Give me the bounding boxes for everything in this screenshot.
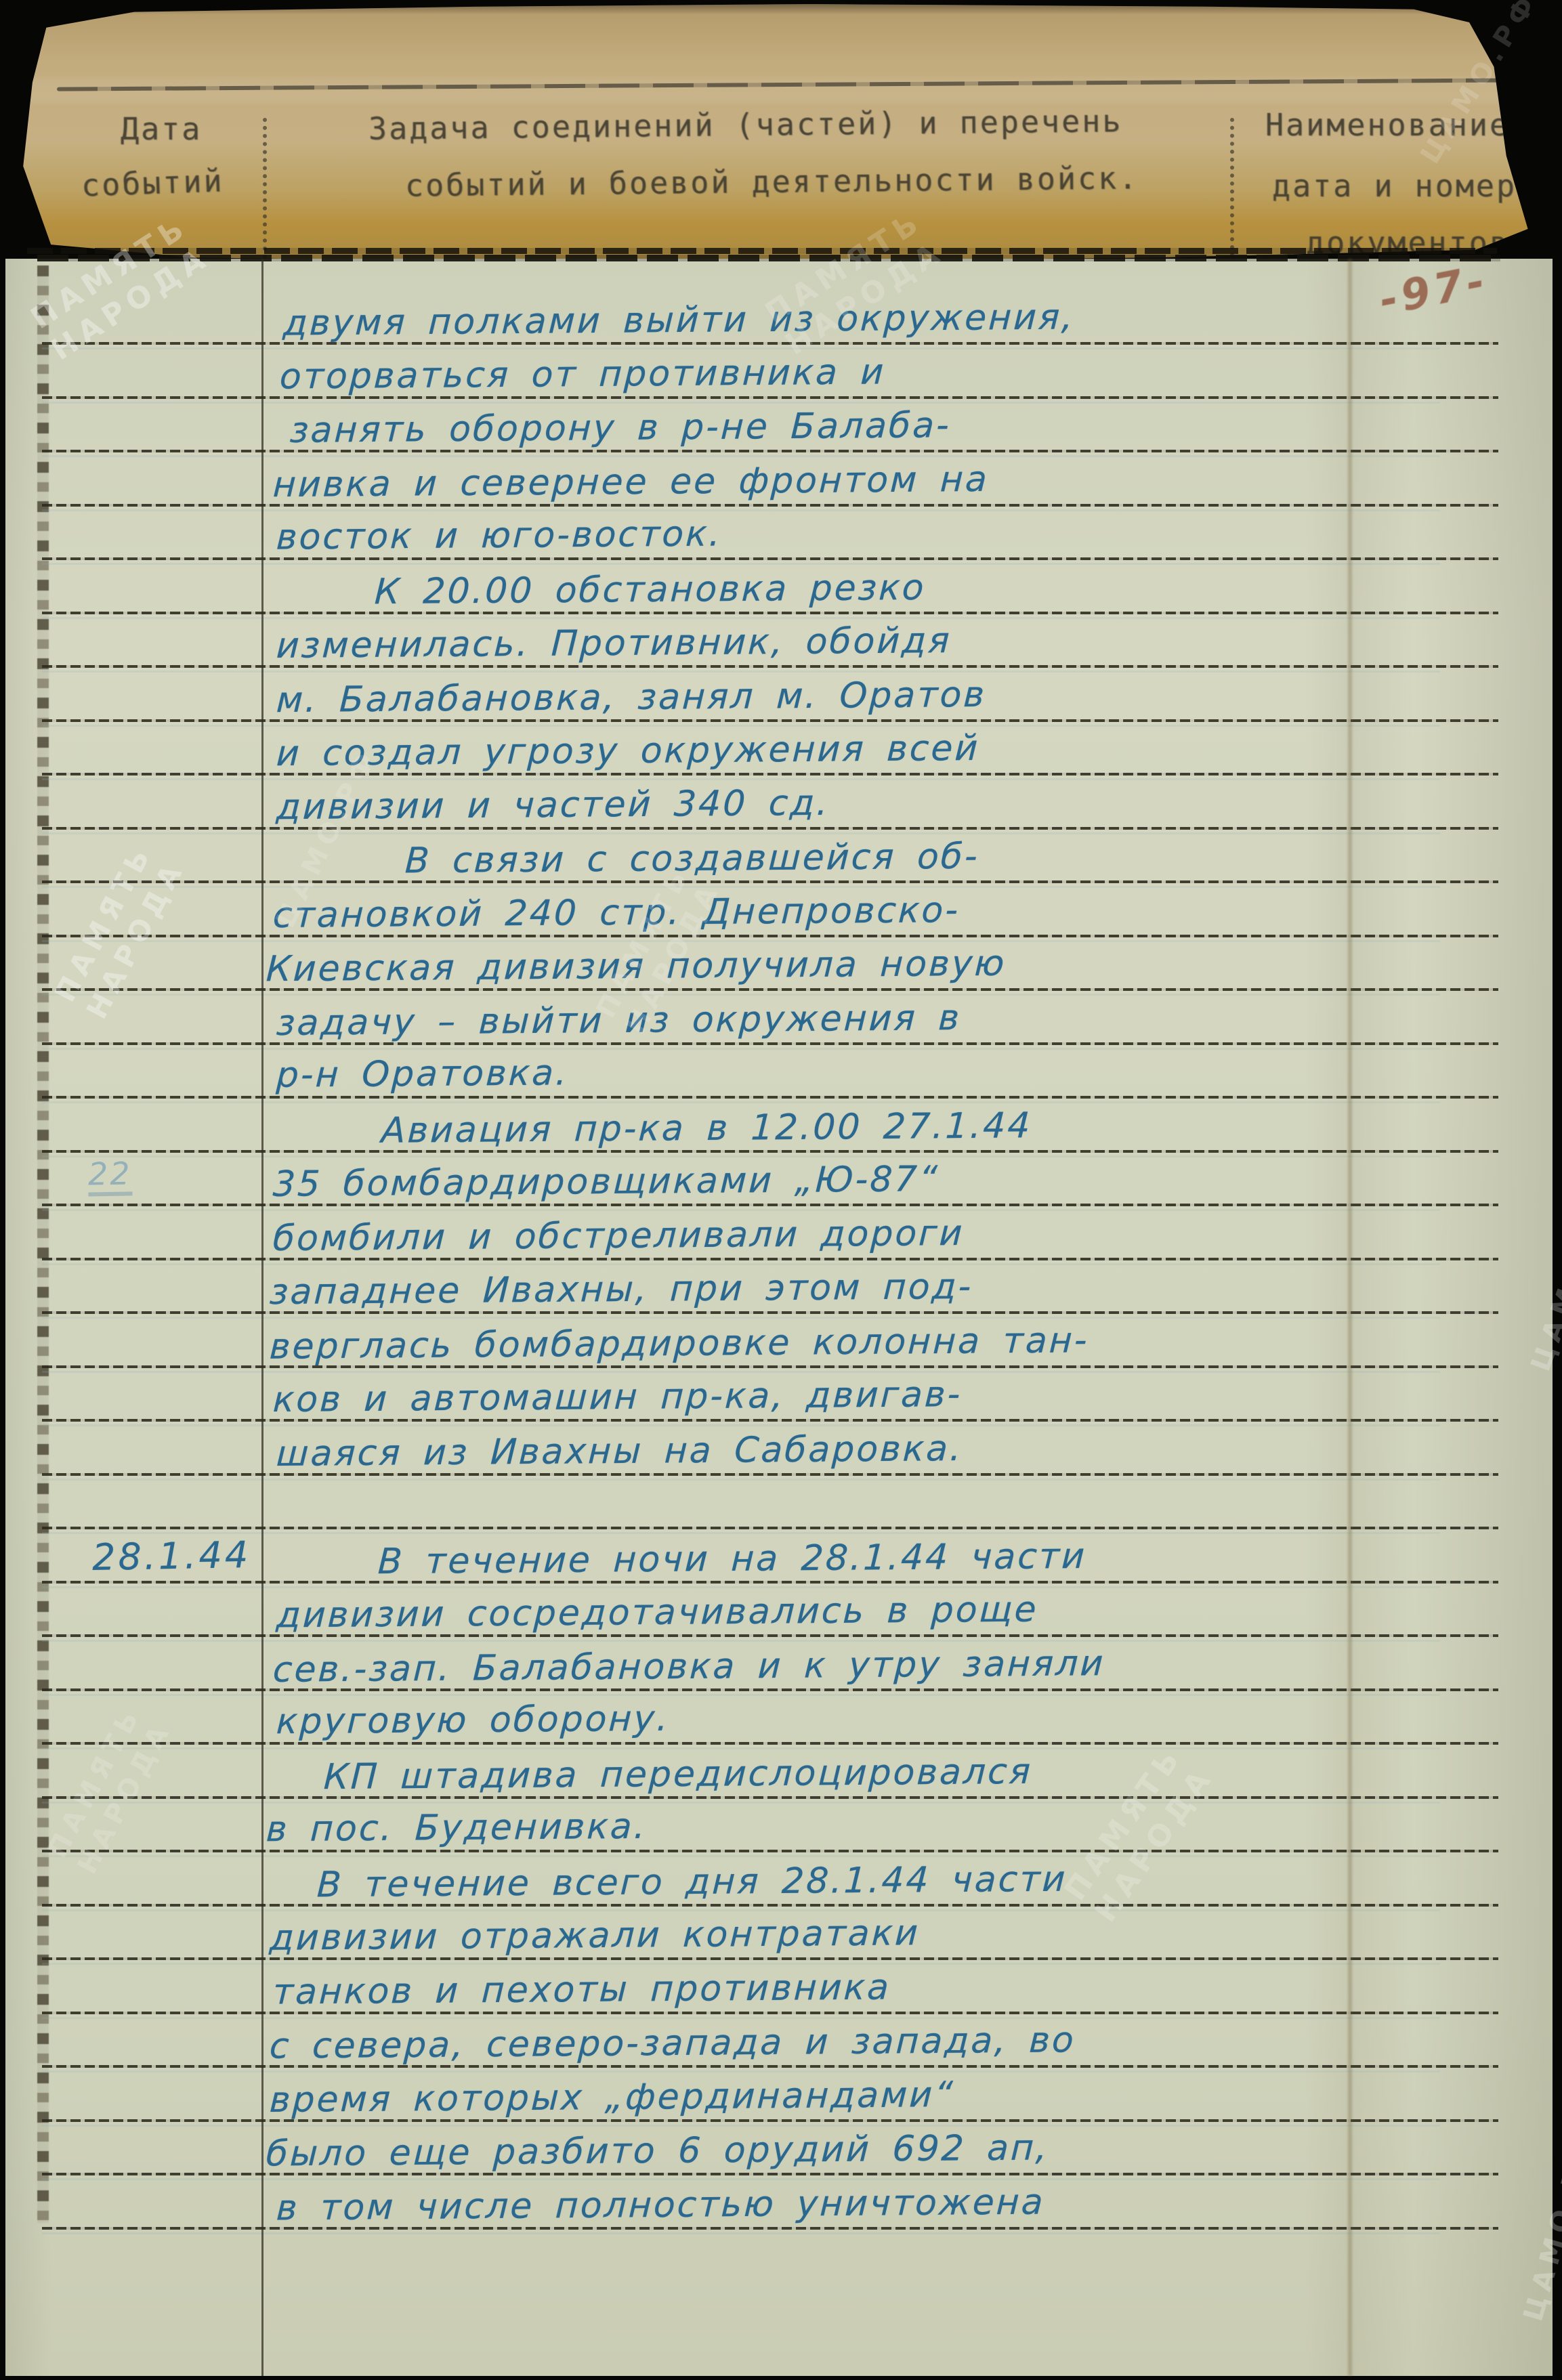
ruled-line xyxy=(42,935,1498,937)
manuscript-line: время которых „фердинандами“ xyxy=(269,2075,956,2121)
watermark-pamyat-naroda: ПАМЯТЬ НАРОДА xyxy=(47,837,192,1025)
ruled-line xyxy=(42,1311,1498,1314)
ruled-line xyxy=(42,1204,1498,1206)
manuscript-line: в том числе полностью уничтожена xyxy=(276,2182,1046,2228)
header-rule-line xyxy=(57,78,1521,91)
watermark-pamyat-naroda: ПАМЯТЬ НАРОДА xyxy=(41,1699,180,1879)
manuscript-line: было еще разбито 6 орудий 692 ап, xyxy=(266,2127,1050,2174)
watermark-tsamo: ЦАМО.РФ xyxy=(1517,2127,1562,2325)
manuscript-line: дивизии сосредотачивались в роще xyxy=(276,1590,1039,1636)
manuscript-line: с севера, северо-запада и запада, во xyxy=(269,2020,1076,2066)
manuscript-line: задачу – выйти из окружения в xyxy=(276,998,963,1044)
manuscript-line: В связи с создавшейся об- xyxy=(404,836,980,882)
ruled-line xyxy=(42,773,1498,775)
ruled-line xyxy=(42,880,1498,883)
manuscript-line: шаяся из Ивахны на Сабаровка. xyxy=(276,1428,964,1474)
ruled-line xyxy=(42,665,1498,668)
ruled-line xyxy=(42,1581,1498,1584)
ruled-line xyxy=(42,1365,1498,1368)
ruled-line xyxy=(42,1634,1498,1637)
ruled-line xyxy=(42,2119,1498,2122)
manuscript-line: верглась бомбардировке колонна тан- xyxy=(269,1320,1090,1367)
ruled-line xyxy=(42,1527,1498,1529)
manuscript-line: оторваться от противника и xyxy=(279,352,887,397)
ruled-line xyxy=(42,1042,1498,1045)
ruled-line xyxy=(42,1796,1498,1799)
page-fold-crease xyxy=(1348,259,1352,2376)
manuscript-line: 35 бомбардировщиками „Ю-87“ xyxy=(272,1159,940,1205)
manuscript-line: дивизии и частей 340 сд. xyxy=(276,782,831,827)
ruled-line xyxy=(42,396,1498,399)
document-scan: Дата событий Задача соединений (частей) … xyxy=(0,0,1562,2380)
ruled-line xyxy=(42,450,1498,452)
ruled-line xyxy=(42,1096,1498,1099)
header-strip-bottom-edge xyxy=(27,248,1497,254)
ruled-line xyxy=(42,1904,1498,1907)
ruled-line xyxy=(42,1850,1498,1852)
manuscript-line: К 20.00 обстановка резко xyxy=(374,567,927,612)
manuscript-line: изменилась. Противник, обойдя xyxy=(276,620,952,666)
manuscript-line: Авиация пр-ка в 12.00 27.1.44 xyxy=(381,1105,1033,1151)
ruled-line xyxy=(42,1742,1498,1745)
ruled-line xyxy=(42,1258,1498,1260)
ruled-line xyxy=(42,2012,1498,2014)
entry-date: 28.1.44 xyxy=(91,1533,251,1579)
ledger-page: -97- 22 28.1.44 двумя полками выйти из о… xyxy=(5,259,1553,2376)
header-col-doc-line2: дата и номер xyxy=(1272,168,1517,204)
manuscript-line: р-н Оратовка. xyxy=(276,1053,570,1095)
manuscript-line: Киевская дивизия получила новую xyxy=(266,943,1007,990)
manuscript-line: танков и пехоты противника xyxy=(272,1967,892,2012)
header-strip: Дата событий Задача соединений (частей) … xyxy=(11,4,1553,265)
ruled-line xyxy=(42,504,1498,507)
manuscript-line: КП штадива передислоцировался xyxy=(323,1751,1034,1797)
manuscript-line: восток и юго-восток. xyxy=(276,513,723,557)
manuscript-line: в пос. Буденивка. xyxy=(266,1806,648,1850)
manuscript-line: круговую оборону. xyxy=(276,1699,671,1743)
ruled-line xyxy=(42,1688,1498,1691)
margin-note: 22 xyxy=(87,1155,132,1196)
manuscript-line: и создал угрозу окружения всей xyxy=(276,728,981,774)
header-col-date-line1: Дата xyxy=(121,111,202,147)
ruled-line xyxy=(42,1419,1498,1422)
ruled-line xyxy=(42,1957,1498,1960)
ruled-line xyxy=(42,2065,1498,2068)
ruled-line xyxy=(42,827,1498,830)
watermark-tsamo: ЦАМО.РФ xyxy=(1524,1181,1562,1376)
manuscript-line: нивка и севернее ее фронтом на xyxy=(272,459,990,505)
manuscript-line: бомбили и обстреливали дороги xyxy=(272,1212,965,1258)
manuscript-line: м. Балабановка, занял м. Оратов xyxy=(276,674,988,720)
ruled-line xyxy=(42,719,1498,722)
ruled-line xyxy=(42,988,1498,991)
manuscript-line: сев.-зап. Балабановка и к утру заняли xyxy=(272,1643,1106,1691)
header-col-date-line2: событий xyxy=(81,163,224,203)
table-top-border xyxy=(37,255,1500,261)
manuscript-line: становкой 240 стр. Днепровско- xyxy=(272,890,961,936)
ruled-line xyxy=(42,2173,1498,2175)
header-col-doc-line1: Наименование, xyxy=(1265,107,1530,143)
ruled-line xyxy=(42,2227,1498,2230)
ruled-line xyxy=(42,1150,1498,1153)
manuscript-line: В течение ночи на 28.1.44 части xyxy=(377,1535,1088,1581)
manuscript-line: дивизии отражали контратаки xyxy=(269,1913,921,1959)
header-col-task-line1: Задача соединений (частей) и перечень xyxy=(368,103,1123,147)
manuscript-line: западнее Ивахны, при этом под- xyxy=(269,1267,974,1313)
header-col-task-line2: событий и боевой деятельности войск. xyxy=(405,160,1139,203)
ruled-line xyxy=(42,612,1498,614)
manuscript-line: двумя полками выйти из окружения, xyxy=(282,297,1076,343)
page-number: -97- xyxy=(1376,255,1493,325)
watermark-pamyat-naroda: ПАМЯТЬ НАРОДА xyxy=(1057,1738,1222,1929)
manuscript-line: занять оборону в р-не Балаба- xyxy=(289,405,952,451)
ruled-line xyxy=(42,342,1498,345)
manuscript-line: ков и автомашин пр-ка, двигав- xyxy=(272,1374,963,1420)
ruled-line xyxy=(42,557,1498,560)
manuscript-line: В течение всего дня 28.1.44 части xyxy=(316,1858,1068,1905)
header-column-separator xyxy=(263,118,267,259)
date-column-rule xyxy=(261,259,263,2376)
ruled-line xyxy=(42,1473,1498,1476)
